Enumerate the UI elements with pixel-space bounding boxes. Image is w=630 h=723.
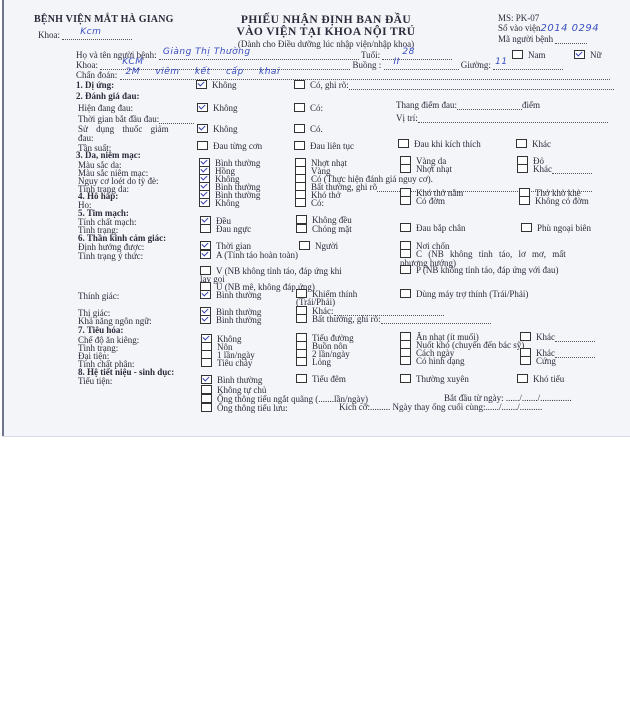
- medication-yes-checkbox[interactable]: [294, 124, 305, 133]
- khoa-value: Kcm: [80, 27, 101, 37]
- medication-yes-option[interactable]: Có.: [294, 124, 323, 134]
- form-title: PHIẾU NHẬN ĐỊNH BAN ĐẦU VÀO VIỆN TẠI KHO…: [226, 14, 426, 38]
- consciousness-label: Tình trạng ý thức:: [78, 251, 143, 261]
- dizziness-label: Chóng mặt: [312, 224, 352, 234]
- stool-formed-label: Có hình dạng: [416, 356, 465, 366]
- stool-diarrhea-checkbox[interactable]: [201, 358, 212, 367]
- stool-hard-option[interactable]: Cứng: [520, 356, 556, 366]
- pain-score-label: Thang điểm đau:: [396, 100, 457, 110]
- gender-female-checkbox[interactable]: [574, 50, 585, 59]
- allergy-yes-option[interactable]: Có, ghi rõ:: [294, 80, 614, 90]
- stool-hard-checkbox[interactable]: [520, 356, 531, 365]
- speech-normal-checkbox[interactable]: [200, 315, 211, 324]
- urine-normal-option[interactable]: Bình thường: [201, 375, 262, 385]
- stool-formed-option[interactable]: Có hình dạng: [400, 356, 465, 366]
- speech-abnormal-field[interactable]: [381, 315, 491, 324]
- pain-start-row: Thời gian bắt đầu đau:: [78, 114, 194, 124]
- mucosa-pale-checkbox[interactable]: [400, 164, 411, 173]
- allergy-no-label: Không: [212, 80, 237, 90]
- mucosa-pale-label: Nhợt nhạt: [416, 164, 452, 174]
- pain-location-field[interactable]: [418, 114, 608, 123]
- catheter-size-last-change[interactable]: Kích cỡ:......... Ngày thay ống cuối cùn…: [339, 402, 542, 412]
- urine-frequent-option[interactable]: Thường xuyên: [400, 374, 469, 384]
- dizziness-checkbox[interactable]: [296, 224, 307, 233]
- pain-score-unit: điểm: [522, 100, 540, 110]
- indwelling-catheter-checkbox[interactable]: [201, 403, 212, 412]
- freq-other-option[interactable]: Khác: [516, 139, 551, 149]
- avpu-p-label: P (NB không tỉnh táo, đáp ứng với đau): [416, 265, 559, 275]
- mucosa-other-option[interactable]: Khác: [517, 164, 592, 174]
- title-line-1: PHIẾU NHẬN ĐỊNH BAN ĐẦU: [226, 14, 426, 26]
- pain-location-row: Vị trí:: [396, 113, 608, 123]
- patient-khoa-label: Khoa:: [76, 60, 98, 70]
- urine-difficult-option[interactable]: Khó tiểu: [517, 374, 564, 384]
- medication-no-label: Không: [213, 124, 238, 134]
- cough-yes-option[interactable]: Có:: [295, 198, 324, 208]
- room-value: II: [394, 57, 400, 67]
- ma-nguoi-benh-field[interactable]: [555, 35, 587, 44]
- room-field[interactable]: II: [384, 61, 459, 70]
- pain-score-field[interactable]: [457, 101, 522, 110]
- stool-hard-label: Cứng: [536, 356, 556, 366]
- pain-start-label: Thời gian bắt đầu đau:: [78, 114, 159, 124]
- urine-difficult-checkbox[interactable]: [517, 374, 528, 383]
- chest-pain-option[interactable]: Đau ngực: [200, 224, 251, 234]
- section-skin-title: 3. Da, niêm mạc:: [76, 150, 141, 160]
- pain-no-label: Không: [213, 103, 238, 113]
- chest-pain-checkbox[interactable]: [200, 224, 211, 233]
- freq-intermittent-label: Đau từng cơn: [213, 141, 262, 151]
- orient-person-option[interactable]: Người: [299, 241, 338, 251]
- bed-field[interactable]: 11: [493, 61, 563, 70]
- dizziness-option[interactable]: Chóng mặt: [296, 224, 352, 234]
- so-vao-vien-value: 2014 0294: [541, 23, 600, 34]
- pain-medication-label-2: đau:: [78, 133, 94, 143]
- patient-name-value: Giàng Thị Thường: [163, 47, 251, 57]
- section-allergy-title: 1. Dị ứng:: [76, 80, 114, 90]
- chest-pain-label: Đau ngực: [216, 224, 251, 234]
- hearing-label: Thính giác:: [78, 291, 119, 301]
- diagnosis-field[interactable]: 2M viêm kết cấp khai: [120, 71, 610, 80]
- calf-pain-checkbox[interactable]: [400, 223, 411, 232]
- cough-sputum-checkbox[interactable]: [400, 196, 411, 205]
- urine-frequent-label: Thường xuyên: [416, 374, 469, 384]
- current-pain-label: Hiện đang đau:: [78, 103, 133, 113]
- gender-male-checkbox[interactable]: [512, 50, 523, 59]
- patient-name-field[interactable]: Giàng Thị Thường: [159, 51, 359, 60]
- pain-yes-label: Có:: [310, 103, 323, 113]
- hearing-normal-label: Bình thường: [216, 290, 261, 300]
- khoa-label-text: Khoa:: [38, 30, 60, 40]
- indwelling-catheter-label: Ống thông tiểu lưu:: [217, 403, 288, 413]
- form-subtitle: (Dành cho Điều dưỡng lúc nhập viện/nhập …: [226, 39, 426, 49]
- pain-yes-checkbox[interactable]: [294, 103, 305, 112]
- section-digestive-title: 7. Tiêu hóa:: [78, 325, 123, 335]
- urine-normal-label: Bình thường: [217, 375, 262, 385]
- diagnosis-label: Chẩn đoán:: [76, 70, 117, 80]
- gender-female-option[interactable]: Nữ: [574, 50, 601, 60]
- diet-other-option[interactable]: Khác: [520, 332, 595, 342]
- khoa-field[interactable]: Kcm: [62, 31, 132, 40]
- mucosa-other-label: Khác: [533, 164, 552, 174]
- age-label: Tuổi:: [361, 50, 380, 60]
- edema-checkbox[interactable]: [521, 223, 532, 232]
- stool-loose-checkbox[interactable]: [296, 357, 307, 366]
- freq-stimulus-label: Đau khi kích thích: [414, 139, 481, 149]
- indwelling-catheter-option[interactable]: Ống thông tiểu lưu:: [201, 403, 288, 413]
- medication-no-option[interactable]: Không: [197, 124, 238, 134]
- cough-sputum-option[interactable]: Có đờm: [400, 196, 445, 206]
- avpu-p-checkbox[interactable]: [400, 265, 411, 274]
- edema-label: Phù ngoại biên: [537, 223, 591, 233]
- freq-continuous-label: Đau liên tục: [310, 141, 354, 151]
- so-vao-vien-label: Số vào viện: [498, 23, 541, 33]
- urine-nocturia-label: Tiểu đêm: [312, 374, 346, 384]
- ma-nguoi-benh-label: Mã người bệnh: [498, 34, 553, 44]
- cough-no-sputum-checkbox[interactable]: [519, 196, 530, 205]
- allergy-no-checkbox[interactable]: [196, 80, 207, 89]
- freq-intermittent-checkbox[interactable]: [197, 141, 208, 150]
- gender-male-option[interactable]: Nam: [512, 50, 546, 60]
- form-code: MS: PK-07: [498, 13, 599, 23]
- urination-label: Tiểu tiện:: [78, 376, 112, 386]
- patient-khoa-value: KCM: [122, 57, 143, 67]
- urine-frequent-checkbox[interactable]: [400, 374, 411, 383]
- hearing-normal-checkbox[interactable]: [200, 290, 211, 299]
- avpu-a-option[interactable]: A (Tính táo hoàn toàn): [200, 250, 298, 260]
- freq-continuous-checkbox[interactable]: [294, 141, 305, 150]
- calf-pain-option[interactable]: Đau bắp chân: [400, 223, 465, 233]
- intermittent-catheter-checkbox[interactable]: [201, 394, 212, 403]
- medication-yes-label: Có.: [310, 124, 323, 134]
- age-value: 28: [402, 47, 414, 57]
- speech-normal-label: Bình thường: [216, 315, 261, 325]
- medication-no-checkbox[interactable]: [197, 124, 208, 133]
- title-line-2: VÀO VIỆN TẠI KHOA NỘI TRÚ: [226, 26, 426, 38]
- cough-no-label: Không: [215, 198, 240, 208]
- ma-nguoi-benh: Mã người bệnh: [498, 34, 599, 44]
- calf-pain-label: Đau bắp chân: [416, 223, 465, 233]
- so-vao-vien: Số vào viện2014 0294: [498, 23, 599, 34]
- speech-normal-option[interactable]: Bình thường: [200, 315, 261, 325]
- diet-other-field[interactable]: [555, 333, 595, 342]
- avpu-p-option[interactable]: P (NB không tỉnh táo, đáp ứng với đau): [400, 265, 559, 275]
- avpu-a-checkbox[interactable]: [200, 250, 211, 259]
- stool-diarrhea-label: Tiêu chảy: [217, 358, 252, 368]
- allergy-no-option[interactable]: Không: [196, 80, 237, 90]
- cough-no-option[interactable]: Không: [199, 198, 240, 208]
- pain-no-option[interactable]: Không: [197, 103, 238, 113]
- hearing-aid-option[interactable]: Dùng máy trợ thính (Trái/Phải): [400, 289, 528, 299]
- stool-diarrhea-option[interactable]: Tiêu chảy: [201, 358, 252, 368]
- hearing-normal-option[interactable]: Bình thường: [200, 290, 261, 300]
- gender-female-label: Nữ: [590, 50, 601, 60]
- pain-score-row: Thang điểm đau:điểm: [396, 100, 540, 110]
- urine-nocturia-option[interactable]: Tiểu đêm: [296, 374, 346, 384]
- freq-continuous-option[interactable]: Đau liên tục: [294, 141, 354, 151]
- freq-stimulus-option[interactable]: Đau khi kích thích: [398, 139, 481, 149]
- speech-abnormal-label: Bất thường, ghi rõ:: [312, 314, 381, 324]
- stool-loose-option[interactable]: Lỏng: [296, 357, 331, 367]
- freq-intermittent-option[interactable]: Đau từng cơn: [197, 141, 262, 151]
- allergy-yes-checkbox[interactable]: [294, 80, 305, 89]
- speech-abnormal-checkbox[interactable]: [296, 314, 307, 323]
- avpu-v-label: V (NB không tỉnh táo, đáp ứng khi: [216, 266, 342, 276]
- bed-value: 11: [495, 57, 507, 67]
- room-label: Buồng :: [353, 60, 382, 70]
- pain-start-field[interactable]: [159, 115, 194, 124]
- urine-difficult-label: Khó tiểu: [533, 374, 564, 384]
- stool-loose-label: Lỏng: [312, 357, 331, 367]
- gender-male-label: Nam: [528, 50, 546, 60]
- section-pain-title: 2. Đánh giá đau:: [76, 91, 140, 101]
- orient-person-checkbox[interactable]: [299, 241, 310, 250]
- diet-other-label: Khác: [536, 332, 555, 342]
- hospital-name: BỆNH VIỆN MẮT HÀ GIANG: [34, 14, 174, 25]
- orient-person-label: Người: [315, 241, 338, 251]
- urine-normal-checkbox[interactable]: [201, 375, 212, 384]
- allergy-detail-field[interactable]: [349, 81, 614, 90]
- avpu-c-checkbox[interactable]: [400, 249, 411, 258]
- avpu-a-label: A (Tính táo hoàn toàn): [216, 250, 298, 260]
- cough-yes-checkbox[interactable]: [295, 198, 306, 207]
- freq-other-label: Khác: [532, 139, 551, 149]
- urine-nocturia-checkbox[interactable]: [296, 374, 307, 383]
- freq-other-checkbox[interactable]: [516, 139, 527, 148]
- khoa-label: Khoa: Kcm: [38, 30, 132, 40]
- freq-stimulus-checkbox[interactable]: [398, 139, 409, 148]
- diagnosis-row: Chẩn đoán: 2M viêm kết cấp khai: [76, 70, 610, 80]
- mucosa-pale-option[interactable]: Nhợt nhạt: [400, 164, 452, 174]
- cough-no-checkbox[interactable]: [199, 198, 210, 207]
- cough-yes-label: Có:: [311, 198, 324, 208]
- cough-sputum-label: Có đờm: [416, 196, 445, 206]
- pain-no-checkbox[interactable]: [197, 103, 208, 112]
- speech-abnormal-option[interactable]: Bất thường, ghi rõ:: [296, 314, 491, 324]
- patient-name-label: Họ và tên người bệnh:: [76, 50, 157, 60]
- stool-formed-checkbox[interactable]: [400, 356, 411, 365]
- hearing-aid-checkbox[interactable]: [400, 289, 411, 298]
- allergy-yes-label: Có, ghi rõ:: [310, 80, 349, 90]
- diagnosis-value: 2M viêm kết cấp khai: [126, 67, 280, 77]
- pulse-irregular-checkbox[interactable]: [296, 215, 307, 224]
- pain-location-label: Vị trí:: [396, 113, 418, 123]
- bed-label: Giường:: [461, 60, 491, 70]
- hearing-aid-label: Dùng máy trợ thính (Trái/Phải): [416, 289, 528, 299]
- cough-no-sputum-label: Không có đờm: [535, 196, 589, 206]
- edema-option[interactable]: Phù ngoại biên: [521, 223, 591, 233]
- bowel-other-field[interactable]: [555, 349, 595, 358]
- mucosa-other-checkbox[interactable]: [517, 164, 528, 173]
- mucosa-other-field[interactable]: [552, 165, 592, 174]
- cough-no-sputum-option[interactable]: Không có đờm: [519, 196, 589, 206]
- incontinence-checkbox[interactable]: [201, 385, 212, 394]
- scanned-form-page: BỆNH VIỆN MẮT HÀ GIANG Khoa: Kcm PHIẾU N…: [2, 0, 630, 436]
- pain-yes-option[interactable]: Có:: [294, 103, 323, 113]
- form-meta: MS: PK-07 Số vào viện2014 0294 Mã người …: [498, 13, 599, 44]
